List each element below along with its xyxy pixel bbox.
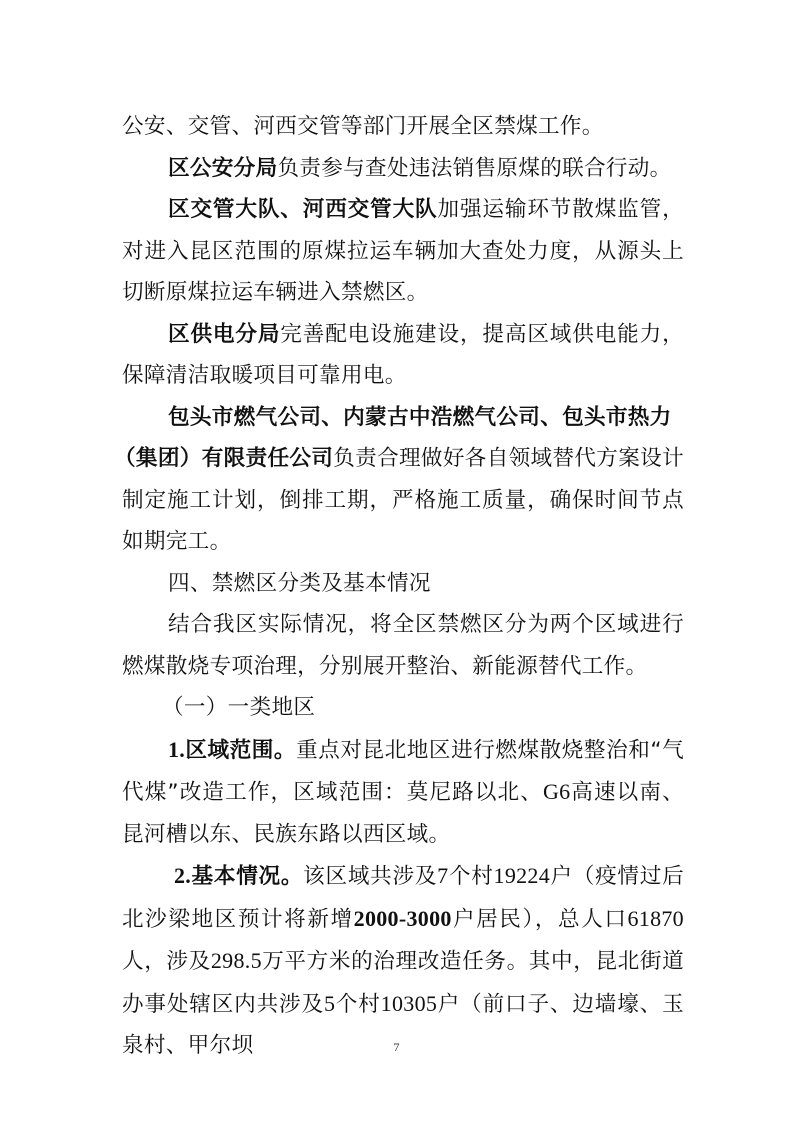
new-household-range: 2000-3000 — [354, 906, 452, 931]
text-segment: 该区域共涉及 — [303, 864, 437, 889]
heading-text: （一）一类地区 — [162, 695, 315, 720]
item-title: 区域范围。 — [185, 738, 296, 763]
item-number: 2. — [174, 863, 191, 888]
population-count: 61870 — [627, 906, 684, 931]
entity-name-line2: （集团）有限责任公司 — [114, 446, 333, 471]
section-heading-4: 四、禁燃区分类及基本情况 — [122, 563, 684, 605]
entity-name: 区供电分局 — [168, 322, 280, 347]
kunbei-village-count: 5 — [324, 991, 335, 1016]
entity-name-line1: 包头市燃气公司、内蒙古中浩燃气公司、包头市热力 — [122, 397, 684, 439]
item-number: 1. — [168, 737, 185, 762]
area-value: 298.5 — [211, 948, 262, 973]
document-page: 公安、交管、河西交管等部门开展全区禁煤工作。 区公安分局负责参与查处违法销售原煤… — [122, 106, 684, 1067]
paragraph-basic-situation: 2.基本情况。该区域共涉及7个村19224户（疫情过后北沙梁地区预计将新增200… — [122, 855, 684, 1067]
paragraph-region-scope: 1.区域范围。重点对昆北地区进行燃煤散烧整治和“气代煤”改造工作，区域范围：莫尼… — [122, 729, 684, 856]
text-segment: 个村 — [335, 992, 380, 1017]
text-segment: 个村 — [448, 864, 493, 889]
paragraph-text: 负责参与查处违法销售原煤的联合行动。 — [277, 156, 671, 181]
household-count: 19224 — [494, 863, 551, 888]
paragraph-traffic-police: 区交管大队、河西交管大队加强运输环节散煤监管，对进入昆区范围的原煤拉运车辆加大查… — [122, 189, 684, 314]
heading-text: 四、禁燃区分类及基本情况 — [168, 571, 431, 596]
paragraph-departments: 公安、交管、河西交管等部门开展全区禁煤工作。 — [122, 106, 684, 148]
page-number: 7 — [0, 1040, 793, 1055]
entity-name: 区公安分局 — [168, 156, 277, 181]
text-segment: 户居民），总人口 — [452, 907, 628, 932]
paragraph-power-supply: 区供电分局完善配电设施建设，提高区域供电能力，保障清洁取暖项目可靠用电。 — [122, 314, 684, 397]
text-segment: 人，涉及 — [122, 949, 211, 974]
paragraph-text: 结合我区实际情况，将全区禁燃区分为两个区域进行燃煤散烧专项治理，分别展开整治、新… — [122, 612, 684, 679]
paragraph-gas-heating-companies: 包头市燃气公司、内蒙古中浩燃气公司、包头市热力（集团）有限责任公司负责合理做好各… — [122, 397, 684, 563]
paragraph-zoning: 结合我区实际情况，将全区禁燃区分为两个区域进行燃煤散烧专项治理，分别展开整治、新… — [122, 604, 684, 687]
kunbei-household-count: 10305 — [381, 991, 438, 1016]
item-title: 基本情况。 — [191, 864, 303, 889]
highway-number: G6 — [543, 779, 571, 804]
village-count: 7 — [437, 863, 448, 888]
paragraph-text: 公安、交管、河西交管等部门开展全区禁煤工作。 — [122, 114, 604, 139]
subsection-heading-1: （一）一类地区 — [122, 687, 684, 729]
paragraph-public-security: 区公安分局负责参与查处违法销售原煤的联合行动。 — [122, 148, 684, 190]
entity-name: 区交管大队、河西交管大队 — [168, 197, 438, 222]
